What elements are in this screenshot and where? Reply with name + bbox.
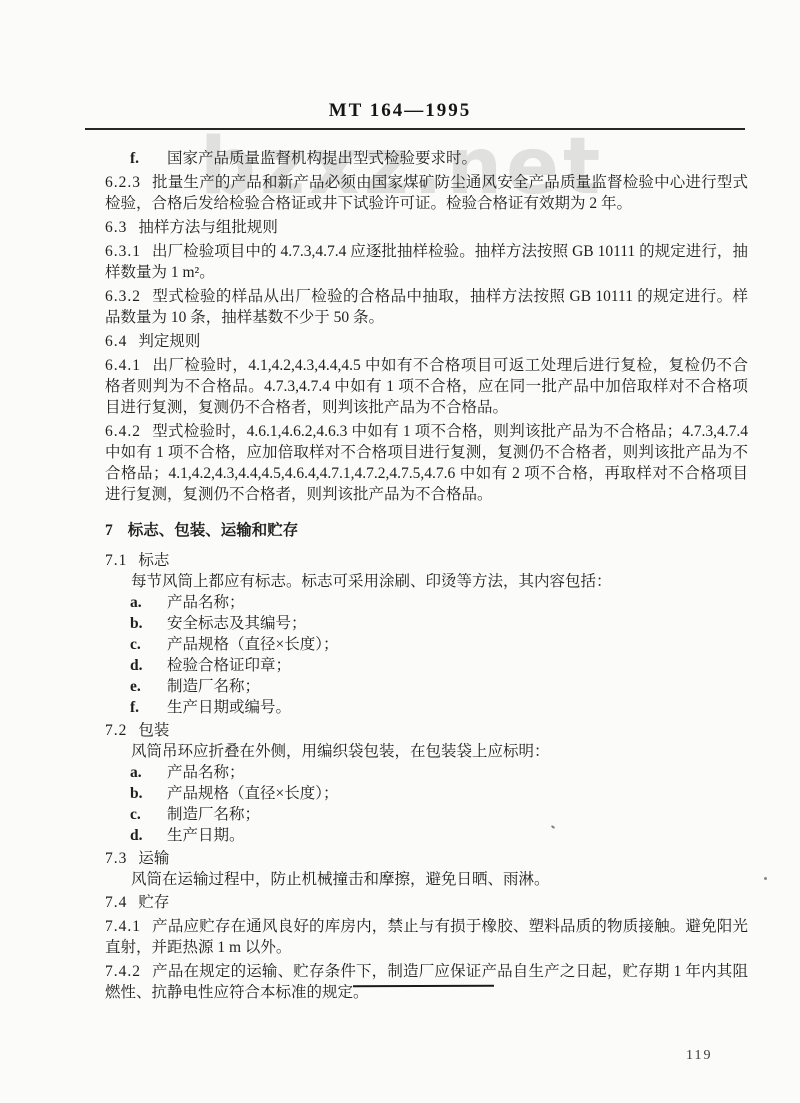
list-item-label: c. <box>130 634 141 655</box>
clause-heading-7-1: 7.1标志 <box>105 550 748 571</box>
clause-number: 6.4.2 <box>105 423 141 440</box>
document-body: f.国家产品质量监督机构提出型式检验要求时。 6.2.3批量生产的产品和新产品必… <box>105 148 748 1003</box>
list-item-text: 生产日期或编号。 <box>167 699 291 716</box>
clause-number: 7.4 <box>105 894 127 911</box>
list-item-label: f. <box>130 697 139 718</box>
clause-text: 判定规则 <box>138 333 200 350</box>
clause-7-2-intro: 风筒吊环应折叠在外侧，用编织袋包装，在包装袋上应标明： <box>105 741 748 762</box>
clause-text: 产品在规定的运输、贮存条件下，制造厂应保证产品自生产之日起，贮存期 1 年内其阻… <box>105 963 748 1001</box>
clause-heading-7-2: 7.2包装 <box>105 720 748 741</box>
list-item: b.产品规格（直径×长度）； <box>105 783 748 804</box>
clause-text: 批量生产的产品和新产品必须由国家煤矿防尘通风安全产品质量监督检验中心进行型式检验… <box>105 174 748 212</box>
list-item-label: e. <box>130 676 141 697</box>
clause-title: 贮存 <box>138 894 169 911</box>
list-item: f.生产日期或编号。 <box>105 697 748 718</box>
standard-number: MT 164—1995 <box>0 100 800 122</box>
list-item-label: d. <box>130 825 143 846</box>
clause-6-3-1: 6.3.1出厂检验项目中的 4.7.3,4.7.4 应逐批抽样检验。抽样方法按照… <box>105 241 748 283</box>
clause-text: 抽样方法与组批规则 <box>138 219 278 236</box>
clause-text: 产品应贮存在通风良好的库房内，禁止与有损于橡胶、塑料品质的物质接触。避免阳光直射… <box>105 918 748 956</box>
list-item-text: 制造厂名称； <box>167 678 260 695</box>
list-item: e.制造厂名称； <box>105 676 748 697</box>
clause-6-4-1: 6.4.1出厂检验时，4.1,4.2,4.3,4.4,4.5 中如有不合格项目可… <box>105 355 748 418</box>
clause-text: 出厂检验项目中的 4.7.3,4.7.4 应逐批抽样检验。抽样方法按照 GB 1… <box>105 243 748 281</box>
list-item-label: b. <box>130 613 143 634</box>
list-item-label: d. <box>130 655 143 676</box>
section-7-heading: 7标志、包装、运输和贮存 <box>105 520 748 541</box>
list-item-text: 产品规格（直径×长度）； <box>167 636 339 653</box>
list-item-text: 国家产品质量监督机构提出型式检验要求时。 <box>167 150 477 167</box>
list-item-text: 产品名称； <box>167 594 245 611</box>
clause-number: 6.4.1 <box>105 357 141 374</box>
clause-7-1-intro: 每节风筒上都应有标志。标志可采用涂刷、印烫等方法，其内容包括： <box>105 571 748 592</box>
list-item-label: c. <box>130 804 141 825</box>
list-item: d.检验合格证印章； <box>105 655 748 676</box>
list-item-text: 产品规格（直径×长度）； <box>167 785 339 802</box>
clause-number: 6.3 <box>105 219 127 236</box>
clause-number: 7.4.2 <box>105 963 141 980</box>
clause-heading-7-4: 7.4贮存 <box>105 892 748 913</box>
clause-6-3-2: 6.3.2型式检验的样品从出厂检验的合格品中抽取，抽样方法按照 GB 10111… <box>105 286 748 328</box>
clause-title: 运输 <box>138 850 169 867</box>
clause-text: 型式检验时，4.6.1,4.6.2,4.6.3 中如有 1 项不合格，则判该批产… <box>105 423 748 503</box>
clause-number: 7.1 <box>105 552 127 569</box>
list-item-text: 制造厂名称； <box>167 806 260 823</box>
clause-heading-6-3: 6.3抽样方法与组批规则 <box>105 217 748 238</box>
clause-number: 6.3.1 <box>105 243 141 260</box>
clause-number: 6.3.2 <box>105 288 141 305</box>
list-item: a.产品名称； <box>105 592 748 613</box>
clause-title: 标志 <box>138 552 169 569</box>
clause-number: 7.4.1 <box>105 918 141 935</box>
clause-text: 型式检验的样品从出厂检验的合格品中抽取，抽样方法按照 GB 10111 的规定进… <box>105 288 748 326</box>
clause-heading-6-4: 6.4判定规则 <box>105 331 748 352</box>
clause-number: 6.4 <box>105 333 127 350</box>
list-item-text: 产品名称； <box>167 764 245 781</box>
list-item: a.产品名称； <box>105 762 748 783</box>
clause-heading-7-3: 7.3运输 <box>105 848 748 869</box>
list-item-label: a. <box>130 592 142 613</box>
list-item: c.产品规格（直径×长度）； <box>105 634 748 655</box>
list-item-text: 生产日期。 <box>167 827 245 844</box>
page-number: 119 <box>686 1048 712 1064</box>
list-item: c.制造厂名称； <box>105 804 748 825</box>
list-item: b.安全标志及其编号； <box>105 613 748 634</box>
section-title: 标志、包装、运输和贮存 <box>128 522 299 539</box>
section-number: 7 <box>105 522 114 539</box>
clause-6-2-3: 6.2.3批量生产的产品和新产品必须由国家煤矿防尘通风安全产品质量监督检验中心进… <box>105 172 748 214</box>
list-item-label: b. <box>130 783 143 804</box>
list-item-text: 检验合格证印章； <box>167 657 291 674</box>
clause-title: 包装 <box>138 722 169 739</box>
clause-number: 7.2 <box>105 722 127 739</box>
clause-number: 7.3 <box>105 850 127 867</box>
clause-6-4-2: 6.4.2型式检验时，4.6.1,4.6.2,4.6.3 中如有 1 项不合格，… <box>105 421 748 505</box>
scan-speck <box>764 877 767 880</box>
list-item-text: 安全标志及其编号； <box>167 615 307 632</box>
clause-number: 6.2.3 <box>105 174 141 191</box>
list-item-f-top: f.国家产品质量监督机构提出型式检验要求时。 <box>105 148 748 169</box>
clause-text: 出厂检验时，4.1,4.2,4.3,4.4,4.5 中如有不合格项目可返工处理后… <box>105 357 748 416</box>
list-item: d.生产日期。 <box>105 825 748 846</box>
list-item-label: f. <box>130 148 139 169</box>
list-item-label: a. <box>130 762 142 783</box>
document-page: MT 164—1995 bzxz.net f.国家产品质量监督机构提出型式检验要… <box>0 0 800 1103</box>
clause-7-4-1: 7.4.1产品应贮存在通风良好的库房内，禁止与有损于橡胶、塑料品质的物质接触。避… <box>105 916 748 958</box>
clause-7-3-intro: 风筒在运输过程中，防止机械撞击和摩擦，避免日晒、雨淋。 <box>105 869 748 890</box>
clause-7-4-2: 7.4.2产品在规定的运输、贮存条件下，制造厂应保证产品自生产之日起，贮存期 1… <box>105 961 748 1003</box>
